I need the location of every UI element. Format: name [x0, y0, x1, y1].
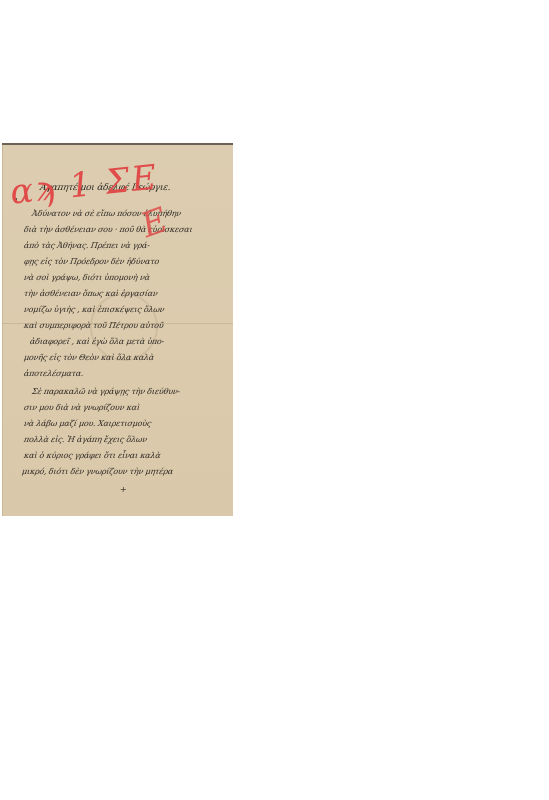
letter-line-7: νομίζω ὑγιὴς , καὶ ἐπισκέψεις ὅλων [23, 305, 165, 314]
letter-line-12: Σὲ παρακαλῶ νὰ γράψῃς τὴν διεύθυν- [31, 387, 180, 396]
letter-line-16: καὶ ὁ κύριος γράφει ὅτι εἶναι καλὰ [23, 451, 161, 460]
footer-mark: + [119, 485, 127, 494]
letter-line-8: καὶ συμπεριφορὰ τοῦ Πέτρου αὐτοῦ [23, 321, 164, 330]
red-archive-annotation: αϡ 1 ΣΕ [8, 157, 160, 212]
letter-line-3: ἀπὸ τὰς Ἀθήνας. Πρέπει νὰ γρά- [23, 241, 150, 250]
letter-line-14: νὰ λάβω μαζί μου. Χαιρετισμοὺς [23, 419, 151, 428]
letter-line-15: πολλὰ εἰς. Ἡ ἀγάπη ἔχεις ὅλων [23, 435, 147, 444]
letter-page: Ἀγαπητέ μοι ἀδελφέ Γεώργιε. Ἀδύνατον νὰ … [2, 143, 233, 516]
letter-line-17: μικρό, διότι δὲν γνωρίζουν τὴν μητέρα [21, 467, 173, 476]
letter-line-6: τὴν ἀσθένειαν ὅπως καὶ ἐργασίαν [23, 289, 158, 298]
letter-line-9: ἀδιαφορεῖ , καὶ ἐγὼ ὅλα μετὰ ὑπο- [29, 337, 164, 346]
letter-line-5: νὰ σοὶ γράψω, διότι ὑπομονὴ νὰ [23, 273, 150, 282]
red-scribble-annotation: Ε [136, 200, 173, 246]
letter-line-10: μονῆς εἰς τὸν Θεὸν καὶ ὅλα καλὰ [23, 353, 154, 362]
letter-line-11: ἀποτελέσματα. [23, 369, 84, 378]
letter-line-13: σιν μου διὰ νὰ γνωρίζουν καὶ [23, 403, 140, 412]
letter-line-4: φῃς εἰς τὸν Πρόεδρον δὲν ἠδύνατο [23, 257, 159, 266]
